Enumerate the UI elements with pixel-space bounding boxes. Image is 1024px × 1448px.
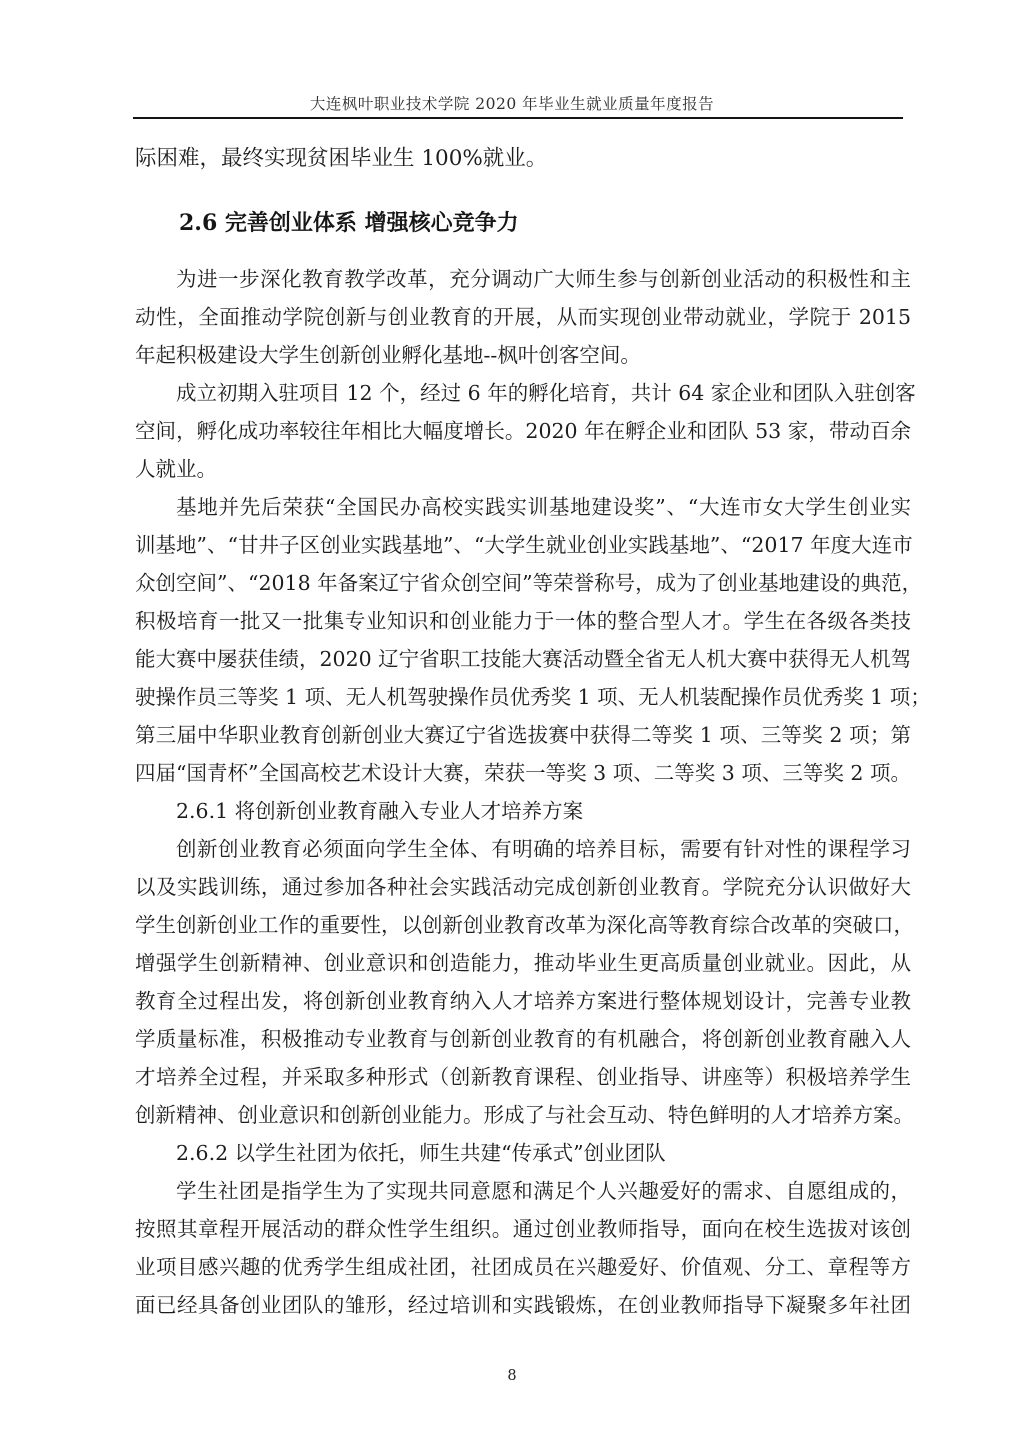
text-line: 空间，孵化成功率较往年相比大幅度增长。2020 年在孵企业和团队 53 家，带动… bbox=[135, 412, 911, 450]
text-line: 积极培育一批又一批集专业知识和创业能力于一体的整合型人才。学生在各级各类技 bbox=[135, 602, 911, 640]
text-line: 驶操作员三等奖 1 项、无人机驾驶操作员优秀奖 1 项、无人机装配操作员优秀奖 … bbox=[135, 678, 911, 716]
continuation-text-line: 际困难，最终实现贫困毕业生 100%就业。 bbox=[135, 140, 911, 178]
text-line: 教育全过程出发，将创新创业教育纳入人才培养方案进行整体规划设计，完善专业教 bbox=[135, 982, 911, 1020]
paragraph-first-line: 成立初期入驻项目 12 个，经过 6 年的孵化培育，共计 64 家企业和团队入驻… bbox=[135, 374, 911, 412]
paragraph-last-line: 四届“国青杯”全国高校艺术设计大赛，荣获一等奖 3 项、二等奖 3 项、三等奖 … bbox=[135, 754, 911, 792]
text-line: 学质量标准，积极推动专业教育与创新创业教育的有机融合，将创新创业教育融入人 bbox=[135, 1020, 911, 1058]
subsection-heading-2-6-2: 2.6.2 以学生社团为依托，师生共建“传承式”创业团队 bbox=[135, 1134, 911, 1172]
paragraph-first-line: 创新创业教育必须面向学生全体、有明确的培养目标，需要有针对性的课程学习 bbox=[135, 830, 911, 868]
document-page: 大连枫叶职业技术学院 2020 年毕业生就业质量年度报告 际困难，最终实现贫困毕… bbox=[0, 0, 1024, 1448]
page-number: 8 bbox=[0, 1366, 1024, 1386]
paragraph-last-line: 人就业。 bbox=[135, 450, 911, 488]
text-line: 增强学生创新精神、创业意识和创造能力，推动毕业生更高质量创业就业。因此，从 bbox=[135, 944, 911, 982]
text-line: 训基地”、“甘井子区创业实践基地”、“大学生就业创业实践基地”、“2017 年度… bbox=[135, 526, 911, 564]
header-rule bbox=[133, 117, 903, 119]
text-line: 学生创新创业工作的重要性，以创新创业教育改革为深化高等教育综合改革的突破口， bbox=[135, 906, 911, 944]
paragraph-first-line: 为进一步深化教育教学改革，充分调动广大师生参与创新创业活动的积极性和主 bbox=[135, 260, 911, 298]
body-text-block: 为进一步深化教育教学改革，充分调动广大师生参与创新创业活动的积极性和主 动性，全… bbox=[135, 260, 911, 1324]
text-line: 面已经具备创业团队的雏形，经过培训和实践锻炼，在创业教师指导下凝聚多年社团 bbox=[135, 1286, 911, 1324]
text-line: 才培养全过程，并采取多种形式（创新教育课程、创业指导、讲座等）积极培养学生 bbox=[135, 1058, 911, 1096]
text-line: 第三届中华职业教育创新创业大赛辽宁省选拔赛中获得二等奖 1 项、三等奖 2 项；… bbox=[135, 716, 911, 754]
text-line: 动性，全面推动学院创新与创业教育的开展，从而实现创业带动就业，学院于 2015 bbox=[135, 298, 911, 336]
paragraph-first-line: 基地并先后荣获“全国民办高校实践实训基地建设奖”、“大连市女大学生创业实 bbox=[135, 488, 911, 526]
text-line: 众创空间”、“2018 年备案辽宁省众创空间”等荣誉称号，成为了创业基地建设的典… bbox=[135, 564, 911, 602]
text-line: 业项目感兴趣的优秀学生组成社团，社团成员在兴趣爱好、价值观、分工、章程等方 bbox=[135, 1248, 911, 1286]
paragraph-first-line: 学生社团是指学生为了实现共同意愿和满足个人兴趣爱好的需求、自愿组成的， bbox=[135, 1172, 911, 1210]
text-line: 以及实践训练，通过参加各种社会实践活动完成创新创业教育。学院充分认识做好大 bbox=[135, 868, 911, 906]
text-line: 能大赛中屡获佳绩，2020 辽宁省职工技能大赛活动暨全省无人机大赛中获得无人机驾 bbox=[135, 640, 911, 678]
running-header-title: 大连枫叶职业技术学院 2020 年毕业生就业质量年度报告 bbox=[0, 94, 1024, 114]
text-line: 按照其章程开展活动的群众性学生组织。通过创业教师指导，面向在校生选拔对该创 bbox=[135, 1210, 911, 1248]
subsection-heading-2-6-1: 2.6.1 将创新创业教育融入专业人才培养方案 bbox=[135, 792, 911, 830]
paragraph-last-line: 年起积极建设大学生创新创业孵化基地--枫叶创客空间。 bbox=[135, 336, 911, 374]
section-heading-2-6: 2.6 完善创业体系 增强核心竞争力 bbox=[135, 204, 911, 242]
paragraph-last-line: 创新精神、创业意识和创新创业能力。形成了与社会互动、特色鲜明的人才培养方案。 bbox=[135, 1096, 911, 1134]
